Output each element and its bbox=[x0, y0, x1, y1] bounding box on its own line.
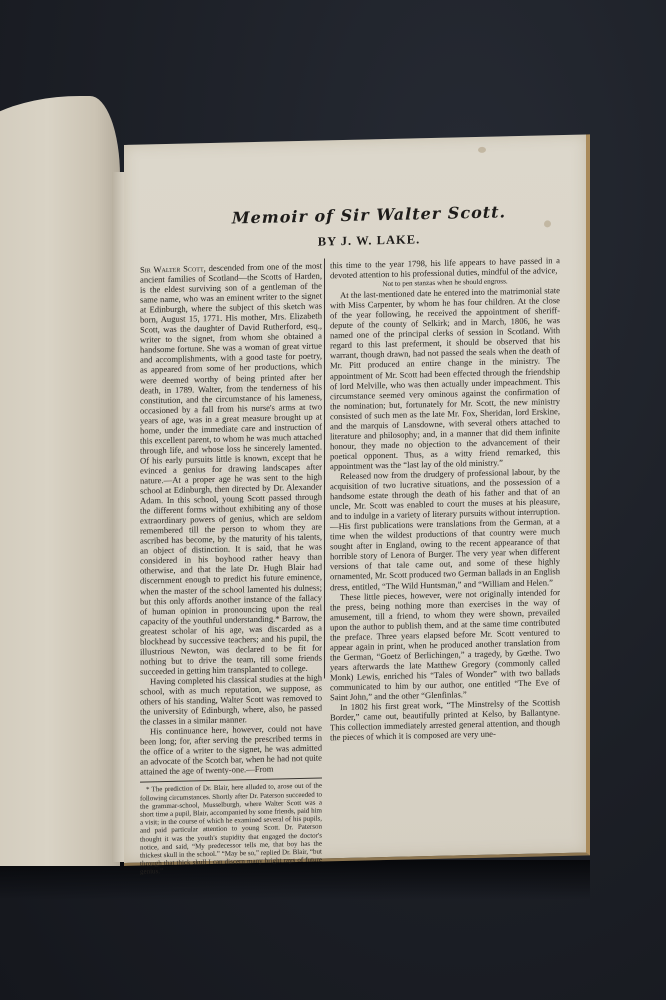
left-column: Sir Walter Scott, descended from one of … bbox=[140, 261, 322, 877]
paragraph: At the last-mentioned date he entered in… bbox=[330, 285, 560, 471]
page-byline: BY J. W. LAKE. bbox=[219, 230, 519, 252]
paragraph: His continuance here, however, could not… bbox=[140, 723, 322, 777]
paragraph: Having completed his classical studies a… bbox=[140, 672, 322, 726]
page-title: Memoir of Sir Walter Scott. bbox=[219, 202, 519, 228]
paragraph: Sir Walter Scott, descended from one of … bbox=[140, 261, 322, 677]
paragraph: These little pieces, however, were not o… bbox=[330, 587, 560, 703]
right-page: Memoir of Sir Walter Scott. BY J. W. LAK… bbox=[124, 134, 590, 866]
paragraph: In 1802 his first great work, “The Minst… bbox=[330, 697, 560, 742]
column-divider bbox=[324, 258, 325, 678]
foxing-stain bbox=[544, 220, 551, 227]
footnote: * The prediction of Dr. Blair, here allu… bbox=[140, 782, 322, 876]
right-column: this time to the year 1798, his life app… bbox=[330, 255, 560, 742]
left-page-curl bbox=[0, 96, 120, 866]
paragraph: Released now from the drudgery of profes… bbox=[330, 466, 560, 592]
foxing-stain bbox=[478, 147, 486, 153]
